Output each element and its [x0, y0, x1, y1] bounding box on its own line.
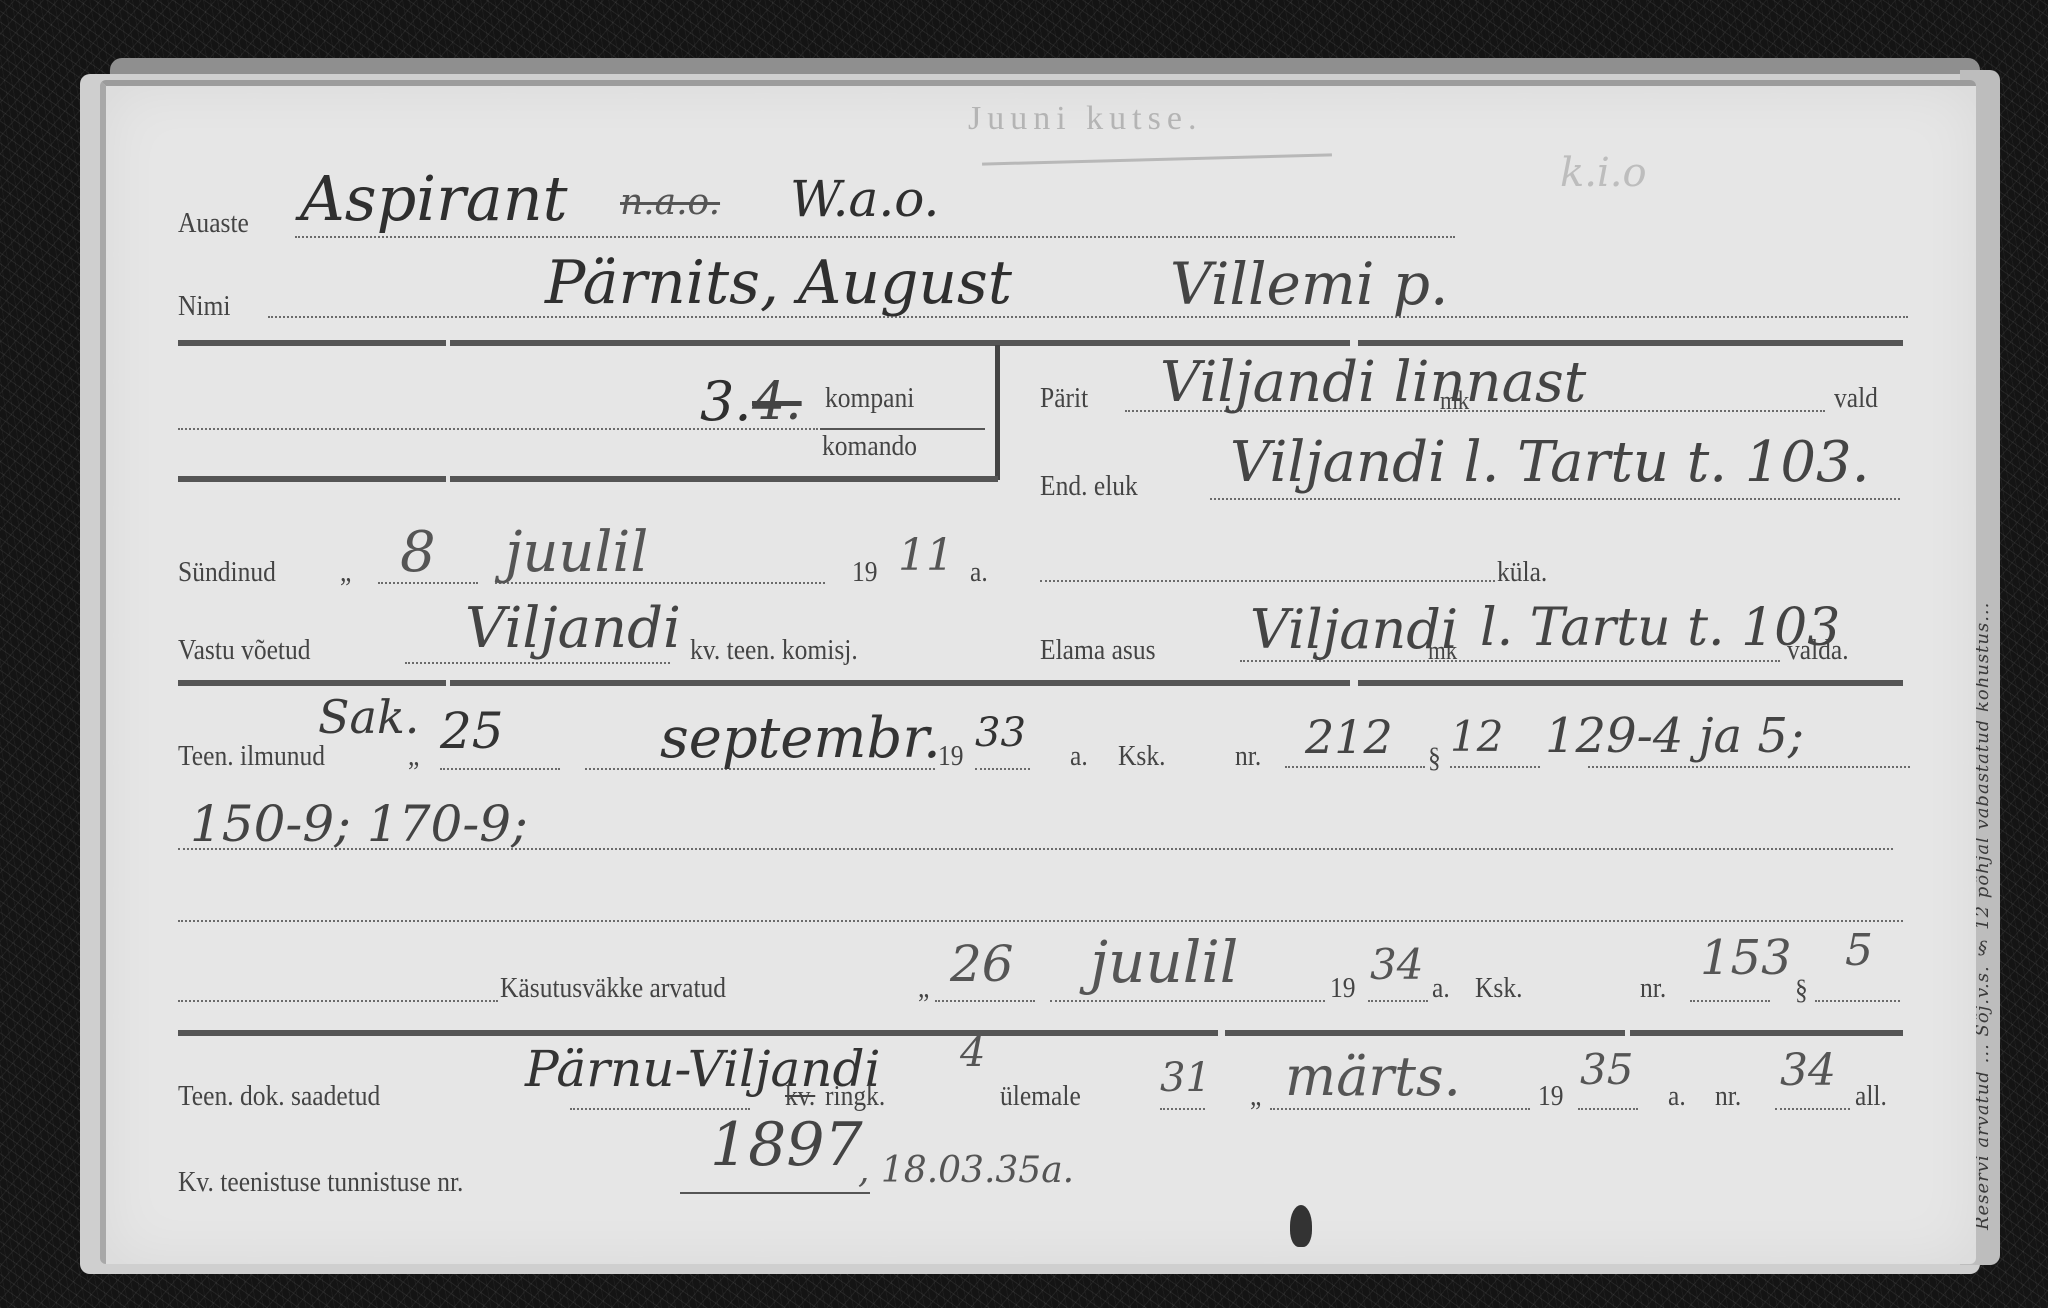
docs-year-prefix: 19: [1538, 1080, 1564, 1113]
reserve-nr: 153: [1700, 930, 1792, 986]
docs-kv-label: kv.: [785, 1080, 815, 1113]
reserve-label: Käsutusväkke arvatud: [500, 972, 726, 1005]
separator: [178, 476, 446, 482]
docs-day: 31: [1160, 1055, 1211, 1101]
residence-label: Elama asus: [1040, 634, 1156, 667]
separator: [178, 1030, 1218, 1036]
origin-mk-label: mk: [1440, 386, 1469, 416]
docs-day-dotted-line: [1160, 1108, 1205, 1110]
service-line-2-dotted: [178, 848, 1893, 850]
reserve-day-dotted-line: [935, 1000, 1035, 1002]
company-number: 3.: [700, 370, 752, 433]
rank-value: Aspirant: [300, 162, 568, 235]
service-day: 25: [440, 702, 504, 760]
residence-valda-label: valda.: [1787, 634, 1849, 667]
certificate-label: Kv. teenistuse tunnistuse nr.: [178, 1166, 463, 1199]
service-a-label: a.: [1070, 740, 1088, 773]
birth-year-suffix: 11: [898, 530, 954, 581]
certificate-number: 1897: [710, 1110, 863, 1180]
village-dotted-line: [1040, 580, 1495, 582]
ink-blot: [1290, 1205, 1312, 1247]
service-line-2: 150-9; 170-9;: [190, 795, 528, 853]
reserve-a-label: a.: [1432, 972, 1450, 1005]
reserve-year-dotted-line: [1368, 1000, 1428, 1002]
reserve-ksk-label: Ksk.: [1475, 972, 1523, 1005]
docs-year-dotted-line: [1578, 1108, 1638, 1110]
service-year-suffix: 33: [975, 710, 1026, 756]
name-value: Pärnits, August: [545, 248, 1012, 318]
separator: [450, 680, 1350, 686]
certificate-underline: [680, 1192, 870, 1194]
service-extra: 129-4 ja 5;: [1545, 708, 1804, 764]
reserve-paragraph-symbol: §: [1795, 974, 1808, 1007]
birth-year-prefix: 19: [852, 556, 878, 589]
service-year-dotted-line: [975, 768, 1030, 770]
separator: [1358, 680, 1903, 686]
reserve-year-prefix: 19: [1330, 972, 1356, 1005]
name-dotted-line: [268, 316, 1908, 318]
company-box-divider: [995, 345, 1000, 480]
birth-label: Sündinud: [178, 556, 276, 589]
company-label: kompani: [825, 382, 914, 415]
reserve-month-dotted-line: [1050, 1000, 1325, 1002]
service-year-prefix: 19: [938, 740, 964, 773]
accepted-value: Viljandi: [465, 596, 681, 661]
service-note: Sak.: [318, 690, 419, 744]
blank-dotted-line: [178, 920, 1903, 922]
docs-ringk-label: ringk.: [825, 1080, 885, 1113]
origin-vald-label: vald: [1834, 382, 1878, 415]
village-label: küla.: [1497, 556, 1547, 589]
service-month: septembr.: [660, 706, 941, 771]
patronymic-value: Villemi p.: [1170, 250, 1448, 318]
name-label: Nimi: [178, 290, 230, 323]
docs-mark: 4: [960, 1030, 985, 1076]
docs-nr-label: nr.: [1715, 1080, 1741, 1113]
reserve-paragraph-dotted-line: [1815, 1000, 1900, 1002]
reserve-month: juulil: [1090, 928, 1238, 996]
docs-quote-open: „: [1250, 1080, 1261, 1113]
reserve-leading-dotted-line: [178, 1000, 498, 1002]
command-label: komando: [822, 430, 917, 463]
docs-all-label: all.: [1855, 1080, 1887, 1113]
service-paragraph: 12: [1450, 712, 1503, 761]
docs-a-label: a.: [1668, 1080, 1686, 1113]
service-label: Teen. ilmunud: [178, 740, 325, 773]
prev-residence-label: End. eluk: [1040, 470, 1138, 503]
rank-dotted-line: [295, 236, 1455, 238]
origin-value: Viljandi linnast: [1160, 350, 1586, 415]
docs-label: Teen. dok. saadetud: [178, 1080, 380, 1113]
origin-label: Pärit: [1040, 382, 1088, 415]
separator: [450, 340, 1350, 346]
accepted-suffix: kv. teen. komisj.: [690, 634, 858, 667]
residence-mk-label: mk: [1428, 636, 1457, 666]
service-nr-label: nr.: [1235, 740, 1261, 773]
separator: [1358, 340, 1903, 346]
separator: [450, 476, 998, 482]
docs-nr: 34: [1780, 1045, 1836, 1096]
docs-month: märts.: [1285, 1045, 1461, 1108]
separator: [1630, 1030, 1903, 1036]
residence-value: Viljandi: [1250, 598, 1458, 661]
corner-pencil-note: k.i.o: [1560, 150, 1647, 196]
service-quote-open: „: [408, 740, 419, 773]
docs-nr-dotted-line: [1775, 1108, 1850, 1110]
service-paragraph-dotted-line: [1450, 766, 1540, 768]
separator: [178, 340, 446, 346]
rank-extra-value: W.a.o.: [790, 170, 939, 228]
certificate-date: , 18.03.35a.: [858, 1150, 1074, 1191]
rank-struck-value: n.a.o.: [620, 182, 720, 223]
reserve-year-suffix: 34: [1370, 940, 1423, 989]
reserve-quote-open: „: [918, 972, 929, 1005]
rank-label: Auaste: [178, 207, 249, 240]
separator: [1225, 1030, 1625, 1036]
birth-month: juulil: [505, 520, 648, 585]
reserve-nr-dotted-line: [1690, 1000, 1770, 1002]
company-struck-number: 4.: [752, 372, 802, 432]
reserve-day: 26: [950, 935, 1014, 993]
docs-month-dotted-line: [1270, 1108, 1530, 1110]
reserve-nr-label: nr.: [1640, 972, 1666, 1005]
separator: [178, 680, 446, 686]
service-day-dotted-line: [440, 768, 560, 770]
accepted-label: Vastu võetud: [178, 634, 311, 667]
service-nr: 212: [1305, 710, 1393, 764]
service-extra-dotted-line: [1588, 766, 1910, 768]
prev-residence-dotted-line: [1210, 498, 1900, 500]
service-ksk-label: Ksk.: [1118, 740, 1166, 773]
accepted-dotted-line: [405, 662, 670, 664]
service-paragraph-symbol: §: [1428, 742, 1441, 775]
docs-ulemale-label: ülemale: [1000, 1080, 1081, 1113]
birth-day: 8: [400, 520, 436, 585]
birth-a-label: a.: [970, 556, 988, 589]
birth-quote-open: „: [340, 556, 351, 589]
docs-year-suffix: 35: [1580, 1045, 1633, 1094]
service-nr-dotted-line: [1285, 766, 1425, 768]
reserve-paragraph: 5: [1845, 925, 1873, 976]
prev-residence-value: Viljandi l. Tartu t. 103.: [1230, 430, 1870, 495]
stamp-juuni-kutse: Juuni kutse.: [968, 100, 1202, 138]
